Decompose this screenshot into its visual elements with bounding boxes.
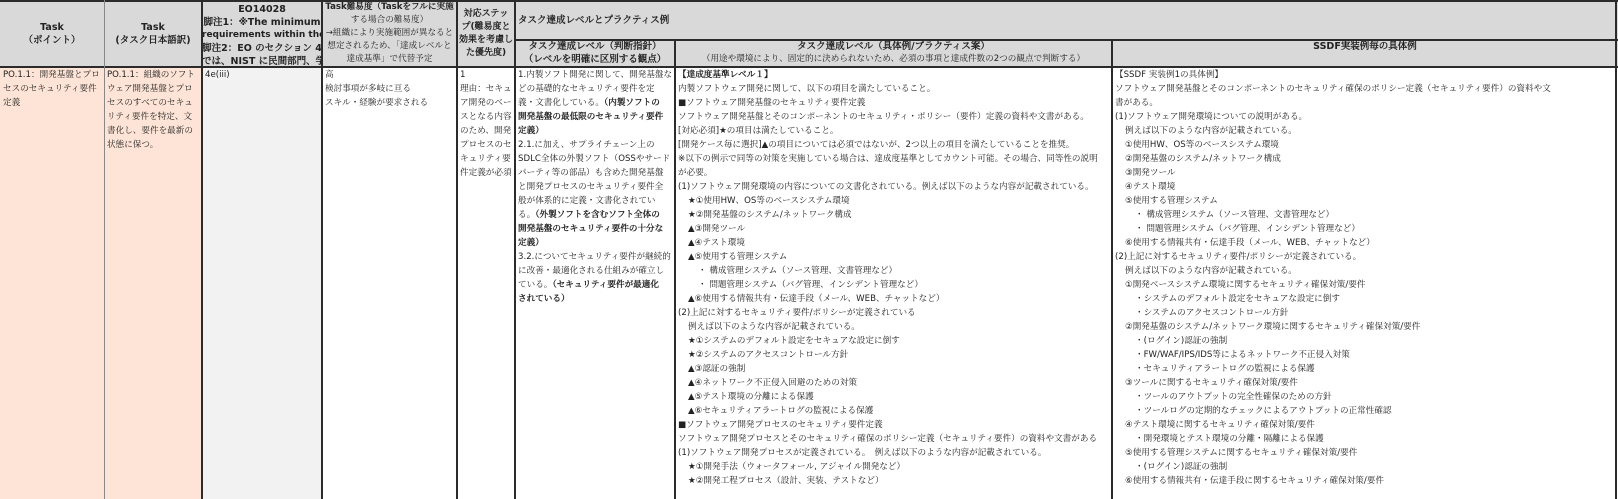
text-line: ★②開発基盤のシステム/ネットワーク構成 bbox=[678, 208, 1109, 222]
text-line: [対応必須]★の項目は満たしていること。 bbox=[678, 124, 1109, 138]
text-line: ③ツールに関するセキュリティ確保対策/要件 bbox=[1115, 376, 1615, 390]
text-segment: 開発基盤の最低限のセキュリティ要件 bbox=[518, 112, 663, 122]
text-segment: ■ソフトウェア開発基盤のセキュリティ要件定義 bbox=[678, 98, 865, 108]
cell-level-example[interactable]: 【達成度基準レベル１】内製ソフトウェア開発に関して、以下の項目を満たしていること… bbox=[675, 67, 1112, 499]
text-line: ■ソフトウェア開発基盤のセキュリティ要件定義 bbox=[678, 96, 1109, 110]
text-segment: 内製ソフトウェア開発に関して、以下の項目を満たしていること。 bbox=[678, 84, 935, 94]
text-segment: どの基礎的なセキュリティ要件を定 bbox=[518, 84, 655, 94]
header-task-jp-line2: (タスク日本語訳) bbox=[115, 34, 190, 47]
cell-response-steps[interactable]: 1 理由：セキュ ア開発のベー スとなる内容 のため、開発 プロセスのセ キュリ… bbox=[457, 67, 515, 499]
header-steps-line2: プ(難易度と bbox=[461, 21, 510, 34]
text-segment: (2)上記に対するセキュリティ要件/ポリシーが定義されている bbox=[678, 308, 916, 318]
text-line: ・FW/WAF/IPS/IDS等によるネットワーク不正侵入対策 bbox=[1115, 348, 1615, 362]
header-difficulty-line1: Task難易度（Taskをフルに実施 bbox=[322, 1, 457, 14]
header-eo-line3: requirements within the bbox=[202, 29, 322, 42]
text-segment: ▲⑥セキュリティアラートログの監視による保護 bbox=[688, 406, 873, 416]
header-level-guide-line2: （レベルを明確に区別する観点） bbox=[524, 53, 667, 66]
text-line: ソフトウェア開発基盤とそのコンポーネントのセキュリティ確保のポリシー定義（セキュ… bbox=[1115, 82, 1615, 96]
task-point-line: 定義 bbox=[3, 96, 101, 110]
text-line: ▲⑥セキュリティアラートログの監視による保護 bbox=[678, 404, 1109, 418]
text-line: ・開発環境とテスト環境の分離・隔離による保護 bbox=[1115, 432, 1615, 446]
header-steps-line4: た優先度) bbox=[466, 47, 506, 60]
text-line: ⑥使用する情報共有・伝達手段に関するセキュリティ確保対策/要件 bbox=[1115, 474, 1615, 488]
header-eo-line1: EO14028 bbox=[202, 3, 322, 16]
header-eo-line2: 脚注1：※The minimum bbox=[202, 16, 322, 29]
text-line: ▲⑥使用する情報共有・伝達手段（メール、WEB、チャットなど） bbox=[678, 292, 1109, 306]
text-segment: (1)ソフトウェア開発環境についての説明がある。 bbox=[1115, 112, 1307, 122]
text-segment: ・ 問題管理システム（バグ管理、インシデント管理など） bbox=[1135, 224, 1360, 234]
text-line: 1.内製ソフト開発に関して、開発基盤な bbox=[518, 68, 672, 82]
text-segment: (1)ソフトウェア開発環境の内容についての文書化されている。例えば以下のような内… bbox=[678, 182, 1094, 192]
text-segment: ソフトウェア開発基盤とそのコンポーネントのセキュリティ・ポリシー（要件）定義の資… bbox=[678, 112, 1089, 122]
text-line: ▲③開発ツール bbox=[678, 222, 1109, 236]
text-segment: ▲③開発ツール bbox=[688, 224, 745, 234]
text-segment: パーティ等の部品）も含めた開発基盤 bbox=[518, 168, 663, 178]
steps-line: スとなる内容 bbox=[460, 110, 512, 124]
header-task-point-line2: （ポイント） bbox=[23, 34, 80, 47]
text-segment: ▲⑤使用する管理システム bbox=[688, 252, 787, 262]
text-line: ▲④テスト環境 bbox=[678, 236, 1109, 250]
steps-line: 1 bbox=[460, 68, 512, 82]
text-line: ⑥使用する情報共有・伝達手段（メール、WEB、チャットなど） bbox=[1115, 236, 1615, 250]
header-difficulty-line4: 想定されるため、「達成レベルと bbox=[322, 40, 457, 53]
difficulty-line: 高 bbox=[325, 68, 454, 82]
text-line: 定義） bbox=[518, 236, 672, 250]
text-segment: ・FW/WAF/IPS/IDS等によるネットワーク不正侵入対策 bbox=[1135, 350, 1350, 360]
text-segment: ▲⑤テスト環境の分離による保護 bbox=[688, 392, 814, 402]
header-steps-line3: 効果を考慮し bbox=[459, 34, 513, 47]
text-line: ①開発ベースシステム環境に関するセキュリティ確保対策/要件 bbox=[1115, 278, 1615, 292]
text-segment: ▲③認証の強制 bbox=[688, 364, 745, 374]
text-segment: ★①システムのデフォルト設定をセキュアな設定に倒す bbox=[688, 336, 900, 346]
text-segment: ★①開発手法（ウォータフォール, アジャイル開発など） bbox=[688, 462, 905, 472]
text-line: ・ 構成管理システム（ソース管理、文書管理など） bbox=[678, 264, 1109, 278]
task-point-line: PO.1.1：開発基盤とプロ bbox=[3, 68, 101, 82]
text-segment: 例えば以下のような内容が記載されている。 bbox=[688, 322, 860, 332]
text-segment: ・セキュリティアラートログの監視による保護 bbox=[1135, 364, 1315, 374]
text-segment: ②開発基盤のシステム/ネットワーク環境に関するセキュリティ確保対策/要件 bbox=[1125, 322, 1420, 332]
text-line: ・ 問題管理システム（バグ管理、インシデント管理など） bbox=[1115, 222, 1615, 236]
text-segment: (1)ソフトウェア開発プロセスが定義されている。 例えば以下のような内容が記載さ… bbox=[678, 448, 1046, 458]
text-line: る。（外製ソフトを含むソフト全体の bbox=[518, 208, 672, 222]
text-segment: されている） bbox=[518, 294, 570, 304]
text-segment: ・ 構成管理システム（ソース管理、文書管理など） bbox=[698, 266, 897, 276]
text-line: ている。（セキュリティ要件が最適化 bbox=[518, 278, 672, 292]
text-line: ※以下の例示で同等の対策を実施している場合は、達成度基準としてカウント可能。その… bbox=[678, 152, 1109, 166]
text-line: ・ツールログの定期的なチェックによるアウトプットの正常性確認 bbox=[1115, 404, 1615, 418]
text-line: ソフトウェア開発プロセスとそのセキュリティ確保のポリシー定義（セキュリティ要件）… bbox=[678, 432, 1109, 446]
header-ssdf-examples[interactable]: SSDF実装例毎の具体例 bbox=[1112, 40, 1618, 67]
header-difficulty-bold: Task難易度（Taskをフルに実施 bbox=[325, 2, 453, 12]
text-line: ★①システムのデフォルト設定をセキュアな設定に倒す bbox=[678, 334, 1109, 348]
text-line: [開発ケース毎に選択]▲の項目については必須ではないが、2つ以上の項目を満たして… bbox=[678, 138, 1109, 152]
steps-line: のため、開発 bbox=[460, 124, 512, 138]
text-segment: ▲④ネットワーク不正侵入回避のための対策 bbox=[688, 378, 857, 388]
text-segment: ⑥使用する情報共有・伝達手段（メール、WEB、チャットなど） bbox=[1125, 238, 1375, 248]
cell-task-jp[interactable]: PO.1.1：組織のソフト ウェア開発基盤とプロ セスのすべてのセキュ リティ要… bbox=[104, 67, 202, 499]
text-segment: ④テスト環境に関するセキュリティ確保対策/要件 bbox=[1125, 420, 1315, 430]
task-jp-line: PO.1.1：組織のソフト bbox=[107, 68, 199, 82]
text-line: (2)上記に対するセキュリティ要件/ポリシーが定義されている bbox=[678, 306, 1109, 320]
task-jp-line: ウェア開発基盤とプロ bbox=[107, 82, 199, 96]
text-segment: ①使用HW、OS等のベースシステム環境 bbox=[1125, 140, 1279, 150]
text-line: 3.2.についてセキュリティ要件が継続的 bbox=[518, 250, 672, 264]
eo-reference-value: 4e(iii) bbox=[205, 68, 319, 82]
header-steps-line1: 対応ステッ bbox=[464, 8, 509, 21]
steps-line: 件定義が必須 bbox=[460, 166, 512, 180]
cell-difficulty[interactable]: 高 検討事項が多岐に亘る スキル・経験が要求される bbox=[322, 67, 457, 499]
header-difficulty-line3: →組織により実施範囲が異なると bbox=[322, 27, 457, 40]
text-line: 開発基盤のセキュリティ要件の十分な bbox=[518, 222, 672, 236]
grid-line-col7 bbox=[1111, 39, 1113, 499]
text-line: ▲⑤テスト環境の分離による保護 bbox=[678, 390, 1109, 404]
text-segment: ・(ログイン)認証の強制 bbox=[1135, 336, 1227, 346]
header-level-example-line2: （用途や環境により、固定的に決められないため、必須の事項と達成件数の2つの観点で… bbox=[702, 53, 1085, 66]
steps-line: ア開発のベー bbox=[460, 96, 512, 110]
text-line: (1)ソフトウェア開発環境の内容についての文書化されている。例えば以下のような内… bbox=[678, 180, 1109, 194]
text-line: ■ソフトウェア開発プロセスのセキュリティ要件定義 bbox=[678, 418, 1109, 432]
header-level-guide-line1: タスク達成レベル（判断指針） bbox=[528, 40, 661, 53]
header-eo14028[interactable]: EO14028 脚注1：※The minimum requirements wi… bbox=[202, 0, 322, 67]
text-segment: 1.内製ソフト開発に関して、開発基盤な bbox=[518, 70, 672, 80]
text-line: ・ 構成管理システム（ソース管理、文書管理など） bbox=[1115, 208, 1615, 222]
text-segment: ・開発環境とテスト環境の分離・隔離による保護 bbox=[1135, 434, 1324, 444]
text-segment: ・ 構成管理システム（ソース管理、文書管理など） bbox=[1135, 210, 1334, 220]
text-segment: 3.2.についてセキュリティ要件が継続的 bbox=[518, 252, 671, 262]
header-group-title: タスク達成レベルとプラクティス例 bbox=[518, 14, 669, 27]
text-line: ④テスト環境 bbox=[1115, 180, 1615, 194]
text-line: ▲⑤使用する管理システム bbox=[678, 250, 1109, 264]
text-line: されている） bbox=[518, 292, 672, 306]
text-segment: ⑤使用する管理システム bbox=[1125, 196, 1218, 206]
text-line: に改善・最適化される仕組みが確立し bbox=[518, 264, 672, 278]
text-segment: 般が体系的に定義・文書化されてい bbox=[518, 196, 656, 206]
text-line: ③開発ツール bbox=[1115, 166, 1615, 180]
text-segment: ▲④テスト環境 bbox=[688, 238, 745, 248]
text-line: ▲④ネットワーク不正侵入回避のための対策 bbox=[678, 376, 1109, 390]
text-segment: ▲⑥使用する情報共有・伝達手段（メール、WEB、チャットなど） bbox=[688, 294, 944, 304]
text-segment: ※以下の例示で同等の対策を実施している場合は、達成度基準としてカウント可能。その… bbox=[678, 154, 1098, 164]
text-line: ②開発基盤のシステム/ネットワーク環境に関するセキュリティ確保対策/要件 bbox=[1115, 320, 1615, 334]
task-jp-line: 書化し、要件を最新の bbox=[107, 124, 199, 138]
grid-line-col4 bbox=[456, 0, 458, 499]
text-segment: ソフトウェア開発基盤とそのコンポーネントのセキュリティ確保のポリシー定義（セキュ… bbox=[1115, 84, 1551, 94]
text-segment: ⑤使用する管理システムに関するセキュリティ確保対策/要件 bbox=[1125, 448, 1357, 458]
text-line: (1)ソフトウェア開発環境についての説明がある。 bbox=[1115, 110, 1615, 124]
text-line: ⑤使用する管理システム bbox=[1115, 194, 1615, 208]
header-level-example[interactable]: タスク達成レベル（具体例/プラクティス案） （用途や環境により、固定的に決められ… bbox=[675, 40, 1112, 67]
text-segment: ②開発基盤のシステム/ネットワーク構成 bbox=[1125, 154, 1281, 164]
text-line: と開発プロセスのセキュリティ要件全 bbox=[518, 180, 672, 194]
text-line: ・ 問題管理システム（バグ管理、インシデント管理など） bbox=[678, 278, 1109, 292]
text-segment: ・システムのアクセスコントロール方針 bbox=[1135, 308, 1288, 318]
text-line: ソフトウェア開発基盤とそのコンポーネントのセキュリティ・ポリシー（要件）定義の資… bbox=[678, 110, 1109, 124]
text-segment: ■ソフトウェア開発プロセスのセキュリティ要件定義 bbox=[678, 420, 883, 430]
text-segment-bold: （外製ソフトを含むソフト全体の bbox=[535, 210, 660, 220]
text-line: ・システムのアクセスコントロール方針 bbox=[1115, 306, 1615, 320]
grid-line-top bbox=[0, 0, 1618, 2]
header-difficulty-line2: する場合の難易度） bbox=[322, 14, 457, 27]
text-segment: ・システムのデフォルト設定をセキュアな設定に倒す bbox=[1135, 294, 1340, 304]
cell-eo-reference[interactable]: 4e(iii) bbox=[202, 67, 322, 499]
text-line: (2)上記に対するセキュリティ要件/ポリシーが定義されている。 bbox=[1115, 250, 1615, 264]
text-segment: ・ツールログの定期的なチェックによるアウトプットの正常性確認 bbox=[1135, 406, 1392, 416]
text-segment: 定義） bbox=[518, 126, 544, 136]
steps-line: キュリティ要 bbox=[460, 152, 512, 166]
text-line: ★①開発手法（ウォータフォール, アジャイル開発など） bbox=[678, 460, 1109, 474]
text-segment-bold: （セキュリティ要件が最適化 bbox=[552, 280, 659, 290]
text-line: 書がある。 bbox=[1115, 96, 1615, 110]
text-segment: ★②開発基盤のシステム/ネットワーク構成 bbox=[688, 210, 852, 220]
text-line: ★②システムのアクセスコントロール方針 bbox=[678, 348, 1109, 362]
text-segment: SDLC全体の外製ソフト（OSSやサード bbox=[518, 154, 670, 164]
text-line: パーティ等の部品）も含めた開発基盤 bbox=[518, 166, 672, 180]
text-segment: 義・文書化している。 bbox=[518, 98, 604, 108]
grid-line-group-divider bbox=[515, 39, 1618, 41]
text-segment: ている。 bbox=[518, 280, 552, 290]
difficulty-line: 検討事項が多岐に亘る bbox=[325, 82, 454, 96]
text-line: SDLC全体の外製ソフト（OSSやサード bbox=[518, 152, 672, 166]
text-segment: ソフトウェア開発プロセスとそのセキュリティ確保のポリシー定義（セキュリティ要件）… bbox=[678, 434, 1097, 444]
text-segment: ★②システムのアクセスコントロール方針 bbox=[688, 350, 848, 360]
header-eo-line4: 脚注2：EO のセクション 4 bbox=[202, 42, 322, 55]
text-segment: 【達成度基準レベル１】 bbox=[678, 70, 773, 80]
text-line: ★①使用HW、OS等のベースシステム環境 bbox=[678, 194, 1109, 208]
grid-line-header-bottom bbox=[0, 66, 1618, 68]
text-segment: (2)上記に対するセキュリティ要件/ポリシーが定義されている。 bbox=[1115, 252, 1361, 262]
text-line: 定義） bbox=[518, 124, 672, 138]
text-segment: ③開発ツール bbox=[1125, 168, 1176, 178]
text-line: 般が体系的に定義・文書化されてい bbox=[518, 194, 672, 208]
text-line: 例えば以下のような内容が記載されている。 bbox=[1115, 124, 1615, 138]
header-task-jp[interactable]: Task (タスク日本語訳) bbox=[104, 0, 202, 67]
steps-line: プロセスのセ bbox=[460, 138, 512, 152]
text-line: 義・文書化している。（内製ソフトの bbox=[518, 96, 672, 110]
text-line: ・(ログイン)認証の強制 bbox=[1115, 334, 1615, 348]
task-jp-line: セスのすべてのセキュ bbox=[107, 96, 199, 110]
header-group-achievement-levels[interactable]: タスク達成レベルとプラクティス例 bbox=[515, 0, 1618, 40]
header-task-point-line1: Task bbox=[40, 21, 64, 34]
header-task-jp-line1: Task bbox=[141, 21, 165, 34]
text-segment: が必要。 bbox=[678, 168, 712, 178]
text-line: 開発基盤の最低限のセキュリティ要件 bbox=[518, 110, 672, 124]
text-segment: に改善・最適化される仕組みが確立し bbox=[518, 266, 664, 276]
text-line: ・ツールのアウトプットの完全性確保のための方針 bbox=[1115, 390, 1615, 404]
text-segment: 【SSDF 実装例1の具体例】 bbox=[1115, 70, 1223, 80]
text-line: どの基礎的なセキュリティ要件を定 bbox=[518, 82, 672, 96]
text-line: ・セキュリティアラートログの監視による保護 bbox=[1115, 362, 1615, 376]
text-segment: ・(ログイン)認証の強制 bbox=[1135, 462, 1227, 472]
text-line: (1)ソフトウェア開発プロセスが定義されている。 例えば以下のような内容が記載さ… bbox=[678, 446, 1109, 460]
text-segment: ④テスト環境 bbox=[1125, 182, 1175, 192]
header-level-example-line1: タスク達成レベル（具体例/プラクティス案） bbox=[797, 40, 990, 53]
text-segment: ★②開発工程プロセス（設計、実装、テストなど） bbox=[688, 476, 884, 486]
header-ssdf-title: SSDF実装例毎の具体例 bbox=[1313, 40, 1417, 53]
text-segment: 定義） bbox=[518, 238, 544, 248]
text-segment: る。 bbox=[518, 210, 535, 220]
text-line: ①使用HW、OS等のベースシステム環境 bbox=[1115, 138, 1615, 152]
text-segment: ③ツールに関するセキュリティ確保対策/要件 bbox=[1125, 378, 1298, 388]
cell-ssdf-examples[interactable]: 【SSDF 実装例1の具体例】ソフトウェア開発基盤とそのコンポーネントのセキュリ… bbox=[1112, 67, 1618, 499]
text-segment: 開発基盤のセキュリティ要件の十分な bbox=[518, 224, 663, 234]
task-jp-line: リティ要件を特定、文 bbox=[107, 110, 199, 124]
text-segment: ①開発ベースシステム環境に関するセキュリティ確保対策/要件 bbox=[1125, 280, 1365, 290]
text-segment-bold: （内製ソフトの bbox=[604, 98, 660, 108]
text-line: 【SSDF 実装例1の具体例】 bbox=[1115, 68, 1615, 82]
text-segment: 2.1.に加え、サプライチェーン上の bbox=[518, 140, 655, 150]
cell-task-point[interactable]: PO.1.1：開発基盤とプロ セスのセキュリティ要件 定義 bbox=[0, 67, 104, 499]
difficulty-line: スキル・経験が要求される bbox=[325, 96, 454, 110]
header-task-difficulty[interactable]: Task難易度（Taskをフルに実施 する場合の難易度） →組織により実施範囲が… bbox=[322, 0, 457, 67]
text-line: ▲③認証の強制 bbox=[678, 362, 1109, 376]
text-segment: 例えば以下のような内容が記載されている。 bbox=[1125, 126, 1297, 136]
header-response-steps[interactable]: 対応ステッ プ(難易度と 効果を考慮し た優先度) bbox=[457, 0, 515, 67]
text-line: が必要。 bbox=[678, 166, 1109, 180]
grid-line-col3 bbox=[321, 0, 323, 499]
grid-line-col6 bbox=[674, 39, 676, 499]
header-task-point[interactable]: Task （ポイント） bbox=[0, 0, 104, 67]
text-line: 例えば以下のような内容が記載されている。 bbox=[1115, 264, 1615, 278]
cell-level-guide[interactable]: 1.内製ソフト開発に関して、開発基盤などの基礎的なセキュリティ要件を定義・文書化… bbox=[515, 67, 675, 499]
text-line: ④テスト環境に関するセキュリティ確保対策/要件 bbox=[1115, 418, 1615, 432]
task-jp-line: 状態に保つ。 bbox=[107, 138, 199, 152]
text-line: 内製ソフトウェア開発に関して、以下の項目を満たしていること。 bbox=[678, 82, 1109, 96]
text-line: 【達成度基準レベル１】 bbox=[678, 68, 1109, 82]
grid-line-col2 bbox=[201, 0, 203, 499]
text-segment: と開発プロセスのセキュリティ要件全 bbox=[518, 182, 663, 192]
header-level-guide[interactable]: タスク達成レベル（判断指針） （レベルを明確に区別する観点） bbox=[515, 40, 675, 67]
text-segment: [開発ケース毎に選択]▲の項目については必須ではないが、2つ以上の項目を満たして… bbox=[678, 140, 1074, 150]
task-point-line: セスのセキュリティ要件 bbox=[3, 82, 101, 96]
header-difficulty-line5: 達成基準」で代替予定 bbox=[322, 53, 457, 66]
text-line: 例えば以下のような内容が記載されている。 bbox=[678, 320, 1109, 334]
text-segment: ・ 問題管理システム（バグ管理、インシデント管理など） bbox=[698, 280, 923, 290]
text-line: ⑤使用する管理システムに関するセキュリティ確保対策/要件 bbox=[1115, 446, 1615, 460]
text-segment: 書がある。 bbox=[1115, 98, 1158, 108]
text-line: ②開発基盤のシステム/ネットワーク構成 bbox=[1115, 152, 1615, 166]
text-segment: 例えば以下のような内容が記載されている。 bbox=[1125, 266, 1297, 276]
text-segment: ⑥使用する情報共有・伝達手段に関するセキュリティ確保対策/要件 bbox=[1125, 476, 1384, 486]
steps-line: 理由：セキュ bbox=[460, 82, 512, 96]
text-line: ・(ログイン)認証の強制 bbox=[1115, 460, 1615, 474]
grid-line-col1 bbox=[104, 0, 105, 499]
grid-line-col5 bbox=[514, 0, 516, 499]
text-segment: ★①使用HW、OS等のベースシステム環境 bbox=[688, 196, 850, 206]
text-segment: ・ツールのアウトプットの完全性確保のための方針 bbox=[1135, 392, 1332, 402]
text-line: 2.1.に加え、サプライチェーン上の bbox=[518, 138, 672, 152]
grid-line-right bbox=[1615, 0, 1617, 499]
text-line: ・システムのデフォルト設定をセキュアな設定に倒す bbox=[1115, 292, 1615, 306]
text-line: ★②開発工程プロセス（設計、実装、テストなど） bbox=[678, 474, 1109, 488]
text-segment: [対応必須]★の項目は満たしていること。 bbox=[678, 126, 839, 136]
spreadsheet-table: Task （ポイント） Task (タスク日本語訳) EO14028 脚注1：※… bbox=[0, 0, 1618, 499]
